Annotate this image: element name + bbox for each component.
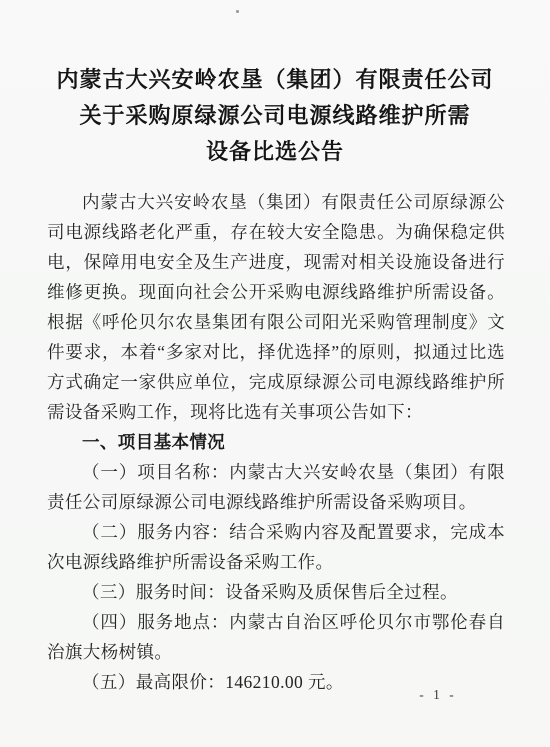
document-body: 内蒙古大兴安岭农垦（集团）有限责任公司原绿源公司电源线路老化严重，存在较大安全隐… [47, 187, 505, 697]
section-heading: 一、项目基本情况 [47, 427, 505, 457]
list-item-3: （三）服务时间：设备采购及质保售后全过程。 [47, 577, 505, 607]
document-title: 内蒙古大兴安岭农垦（集团）有限责任公司 关于采购原绿源公司电源线路维护所需 设备… [28, 62, 522, 170]
list-item-4: （四）服务地点：内蒙古自治区呼伦贝尔市鄂伦春自治旗大杨树镇。 [47, 607, 505, 667]
list-item-1: （一）项目名称：内蒙古大兴安岭农垦（集团）有限责任公司原绿源公司电源线路维护所需… [47, 457, 505, 517]
list-item-2: （二）服务内容：结合采购内容及配置要求，完成本次电源线路维护所需设备采购工作。 [47, 517, 505, 577]
scan-artifact-speck [236, 10, 239, 13]
title-line-2: 关于采购原绿源公司电源线路维护所需 [28, 98, 522, 134]
page-number: - 1 - [403, 687, 473, 703]
intro-paragraph: 内蒙古大兴安岭农垦（集团）有限责任公司原绿源公司电源线路老化严重，存在较大安全隐… [47, 187, 505, 427]
title-line-1: 内蒙古大兴安岭农垦（集团）有限责任公司 [28, 62, 522, 98]
document-page: 内蒙古大兴安岭农垦（集团）有限责任公司 关于采购原绿源公司电源线路维护所需 设备… [0, 0, 550, 747]
title-line-3: 设备比选公告 [28, 134, 522, 170]
